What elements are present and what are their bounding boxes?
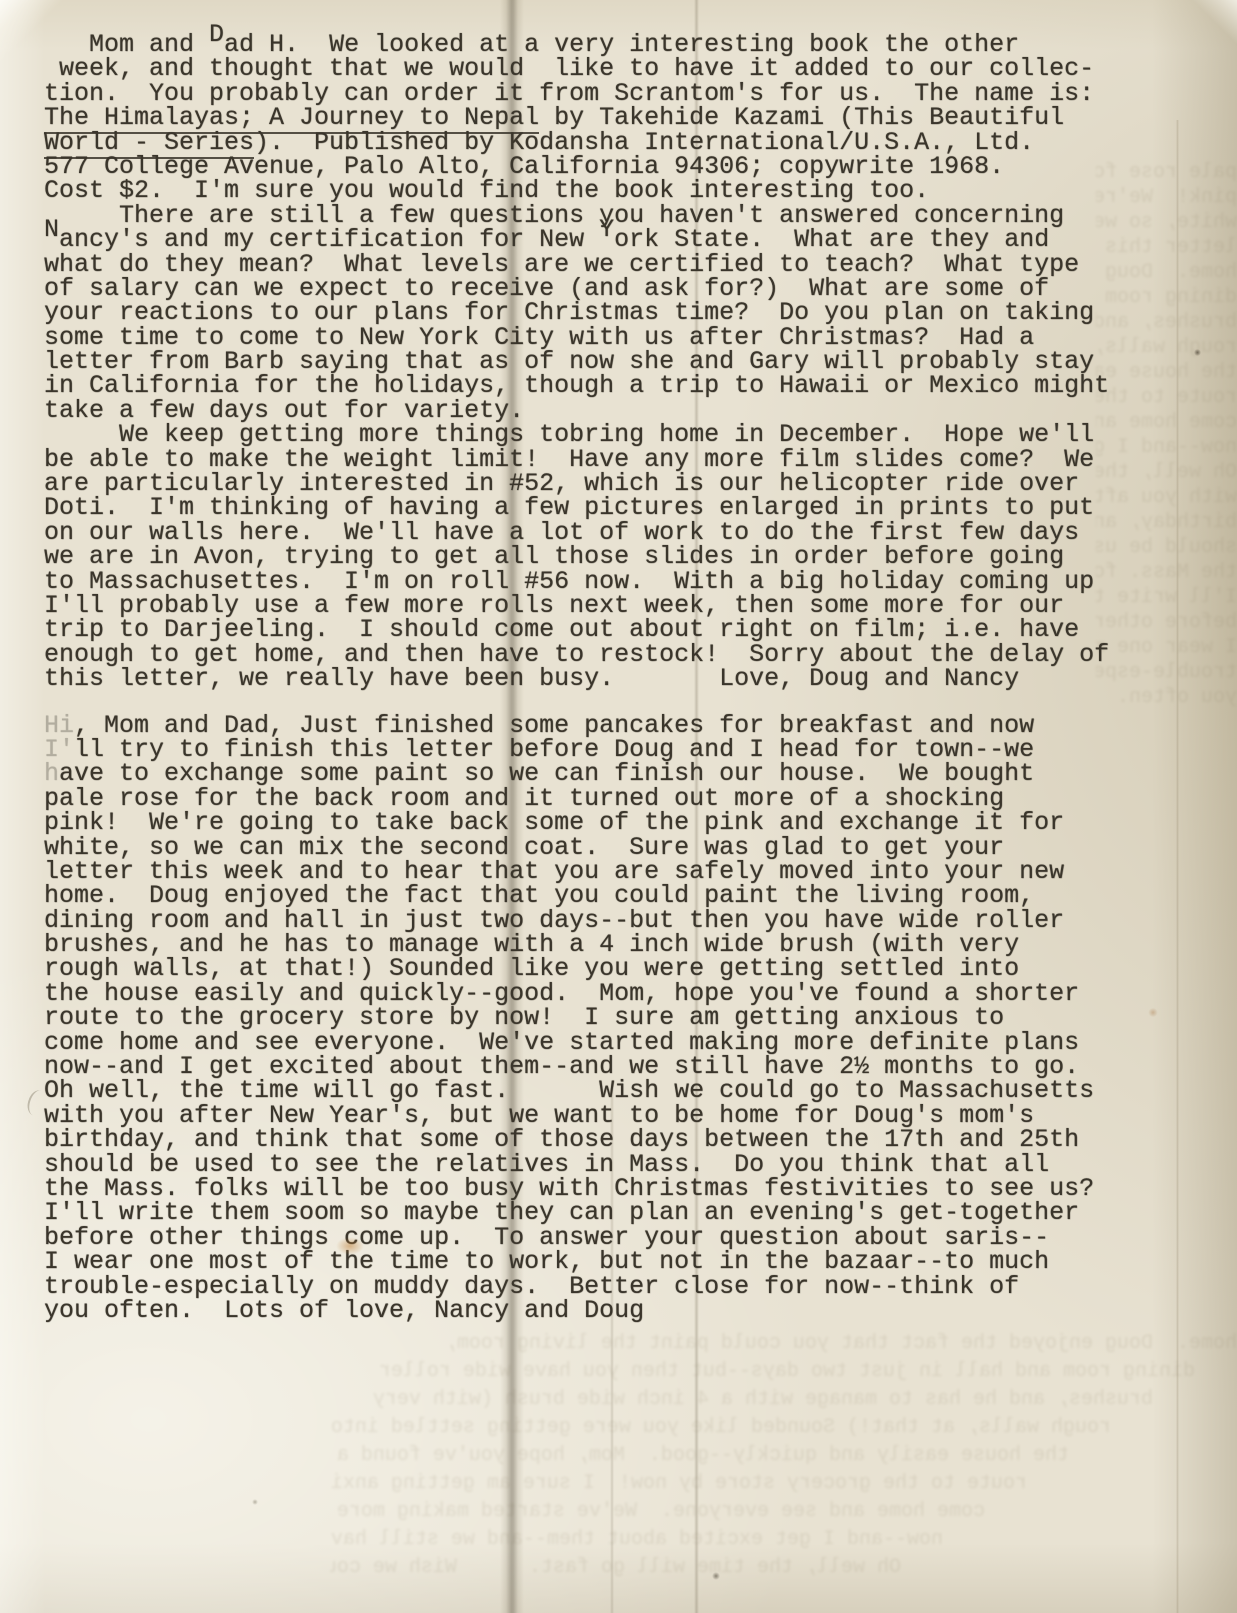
bleed-line: home. Doug enjoyed the fact that you cou… xyxy=(330,1330,1237,1358)
text-segment: this letter, we really have been busy. L… xyxy=(44,664,1019,693)
bleed-line: brushes, and he has to manage with a 4 i… xyxy=(330,1386,1237,1414)
nancy-note: Hi, Mom and Dad, Just finished some panc… xyxy=(44,714,1184,1324)
ink-speck xyxy=(1194,349,1201,356)
faded-typewriter-char: h xyxy=(44,759,59,788)
ink-speck xyxy=(712,1572,720,1580)
letter-line: this letter, we really have been busy. L… xyxy=(44,667,1184,691)
bleed-line: dining room and hall in just two days--b… xyxy=(330,1358,1237,1386)
scan-corner-highlight-top-right xyxy=(1181,0,1237,56)
bleed-line: rough walls, at that!) Sounded like you … xyxy=(330,1414,1237,1442)
doug-note: Mom and Dad H. We looked at a very inter… xyxy=(44,33,1184,692)
ink-speck xyxy=(252,1499,258,1505)
bleed-line: route to the grocery store by now! I sur… xyxy=(330,1470,1237,1498)
bleed-line: the house easily and quickly--good. Mom,… xyxy=(330,1442,1237,1470)
bleed-line: now--and I get excited about them--and w… xyxy=(330,1526,1237,1554)
bleed-line: Oh well, the time will go fast. Wish we … xyxy=(330,1554,1237,1582)
text-segment: you often. Lots of love, Nancy and Doug xyxy=(44,1296,644,1325)
raised-typewriter-char: Y xyxy=(599,218,614,242)
letter-body: Mom and Dad H. We looked at a very inter… xyxy=(44,33,1184,1323)
raised-typewriter-char: D xyxy=(209,23,224,47)
bleed-line: come home and see everyone. We've starte… xyxy=(330,1498,1237,1526)
raised-typewriter-char: N xyxy=(44,218,59,242)
letter-line: you often. Lots of love, Nancy and Doug xyxy=(44,1299,1184,1323)
bleedthrough-bottom: home. Doug enjoyed the fact that you cou… xyxy=(330,1330,1237,1592)
letter-page: pale rose for the back room and it turne… xyxy=(0,0,1237,1613)
